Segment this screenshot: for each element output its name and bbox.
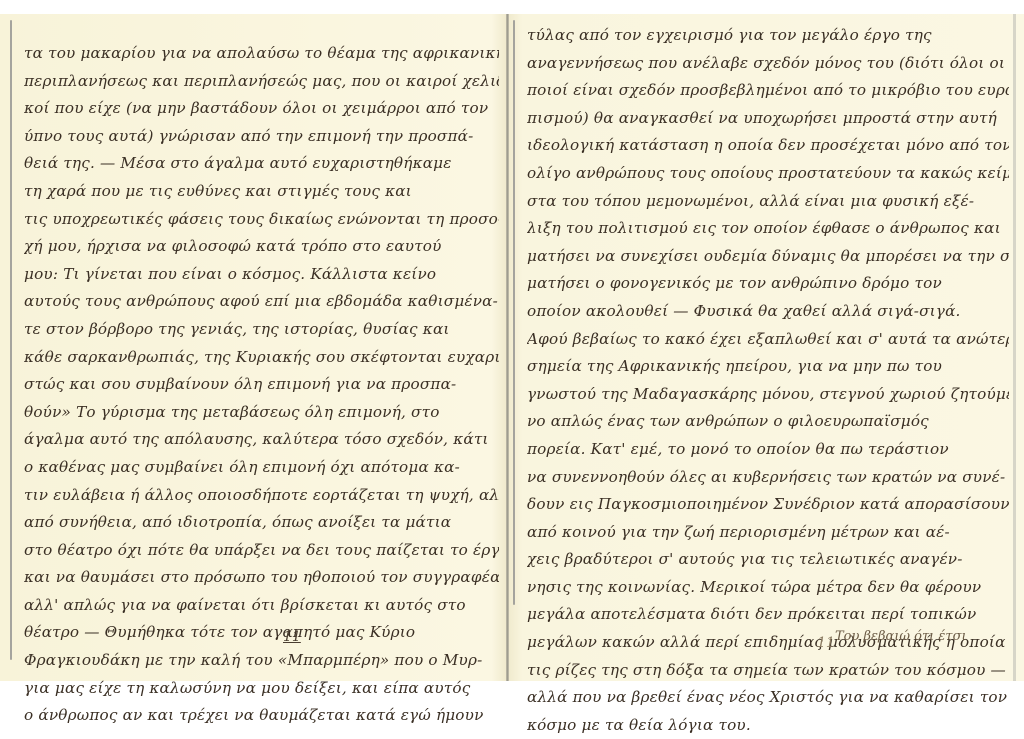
manuscript-line: αυτούς τους ανθρώπους αφού επί μια εβδομ… bbox=[24, 288, 499, 316]
manuscript-line: μεγάλα αποτελέσματα διότι δεν πρόκειται … bbox=[527, 601, 1009, 629]
manuscript-line: χή μου, ήρχισα να φιλοσοφώ κατά τρόπο στ… bbox=[24, 233, 499, 261]
manuscript-line: περιπλανήσεως και περιπλανήσεώς μας, που… bbox=[24, 68, 499, 96]
manuscript-line: αλλ' απλώς για να φαίνεται ότι βρίσκεται… bbox=[24, 592, 499, 620]
manuscript-line: να συνεννοηθούν όλες αι κυβερνήσεις των … bbox=[527, 464, 1009, 492]
manuscript-line: στώς και σου συμβαίνουν όλη επιμονή για … bbox=[24, 371, 499, 399]
right-page-text: τύλας από τον εγχειρισμό για τον μεγάλο … bbox=[527, 22, 1009, 691]
manuscript-line: αλλά που να βρεθεί ένας νέος Χριστός για… bbox=[527, 684, 1009, 691]
manuscript-line: και να θαυμάσει στο πρόσωπο του ηθοποιού… bbox=[24, 564, 499, 592]
manuscript-line: μου: Τι γίνεται που είναι ο κόσμος. Κάλλ… bbox=[24, 261, 499, 289]
manuscript-line: ματήσει να συνεχίσει ουδεμία δύναμις θα … bbox=[527, 243, 1009, 271]
manuscript-line: κοί που είχε (να μην βαστάδουν όλοι οι χ… bbox=[24, 95, 499, 123]
manuscript-line: τις υποχρεωτικές φάσεις τους δικαίως ενώ… bbox=[24, 206, 499, 234]
manuscript-line: ο καθένας μας συμβαίνει όλη επιμονή όχι … bbox=[24, 454, 499, 482]
manuscript-line: στο θέατρο όχι πότε θα υπάρξει να δει το… bbox=[24, 537, 499, 565]
manuscript-line: τις ρίζες της στη δόξα τα σημεία των κρα… bbox=[527, 657, 1009, 685]
page-number-mark: 11 bbox=[817, 635, 835, 651]
left-page-text: τα του μακαρίου για να απολαύσω το θέαμα… bbox=[24, 40, 499, 691]
manuscript-line: αναγεννήσεως που ανέλαβε σχεδόν μόνος το… bbox=[527, 50, 1009, 78]
manuscript-line: ματήσει ο φονογενικός με τον ανθρώπινο δ… bbox=[527, 270, 1009, 298]
right-page: τύλας από τον εγχειρισμό για τον μεγάλο … bbox=[505, 14, 1015, 681]
manuscript-line: ιδεολογική κατάσταση η οποία δεν προσέχε… bbox=[527, 132, 1009, 160]
manuscript-line: λιξη του πολιτισμού εις τον οποίον έφθασ… bbox=[527, 215, 1009, 243]
manuscript-line: ολίγο ανθρώπους τους οποίους προστατεύου… bbox=[527, 160, 1009, 188]
manuscript-line: νο απλώς ένας των ανθρώπων ο φιλοευρωπαϊ… bbox=[527, 408, 1009, 436]
page-number-mark: 11 bbox=[283, 629, 301, 645]
manuscript-line: γνωστού της Μαδαγασκάρης μόνου, στεγνού … bbox=[527, 381, 1009, 409]
manuscript-line: από συνήθεια, από ιδιοτροπία, όπως ανοίξ… bbox=[24, 509, 499, 537]
manuscript-line: κάθε σαρκανθρωπιάς, της Κυριακής σου σκέ… bbox=[24, 344, 499, 372]
pencil-margin-line bbox=[513, 20, 515, 605]
manuscript-line: νησις της κοινωνίας. Μερικοί τώρα μέτρα … bbox=[527, 574, 1009, 602]
manuscript-line: Αφού βεβαίως το κακό έχει εξαπλωθεί και … bbox=[527, 326, 1009, 354]
manuscript-line: Φραγκιουδάκη με την καλή του «Μπαρμπέρη»… bbox=[24, 647, 499, 675]
manuscript-sheet: τα του μακαρίου για να απολαύσω το θέαμα… bbox=[0, 14, 1024, 681]
manuscript-line: τα του μακαρίου για να απολαύσω το θέαμα… bbox=[24, 40, 499, 68]
manuscript-line: άγαλμα αυτό της απόλαυσης, καλύτερα τόσο… bbox=[24, 426, 499, 454]
manuscript-line: οποίον ακολουθεί — Φυσικά θα χαθεί αλλά … bbox=[527, 298, 1009, 326]
pencil-margin-line bbox=[10, 20, 12, 660]
side-annotation: Του βεβαιώ ότι έτσι bbox=[835, 629, 967, 644]
manuscript-line: πορεία. Κατ' εμέ, το μονό το οποίον θα π… bbox=[527, 436, 1009, 464]
manuscript-line: τύλας από τον εγχειρισμό για τον μεγάλο … bbox=[527, 22, 1009, 50]
manuscript-line: τε στον βόρβορο της γενιάς, της ιστορίας… bbox=[24, 316, 499, 344]
manuscript-line: χεις βραδύτεροι σ' αυτούς για τις τελειω… bbox=[527, 546, 1009, 574]
manuscript-line: θούν» Το γύρισμα της μεταβάσεως όλη επιμ… bbox=[24, 399, 499, 427]
manuscript-line: δουν εις Παγκοσμιοποιημένον Συνέδριον κα… bbox=[527, 491, 1009, 519]
manuscript-line: ποιοί είναι σχεδόν προσβεβλημένοι από το… bbox=[527, 77, 1009, 105]
manuscript-line: σημεία της Αφρικανικής ηπείρου, για να μ… bbox=[527, 353, 1009, 381]
manuscript-line: θέατρο — Θυμήθηκα τότε τον αγαπητό μας Κ… bbox=[24, 619, 499, 647]
manuscript-line: τιν ευλάβεια ή άλλος οποιοσδήποτε εορτάζ… bbox=[24, 482, 499, 510]
left-page: τα του μακαρίου για να απολαύσω το θέαμα… bbox=[0, 14, 505, 681]
manuscript-line: στα του τόπου μεμονωμένοι, αλλά είναι μι… bbox=[527, 188, 1009, 216]
manuscript-line: ύπνο τους αυτά) γνώρισαν από την επιμονή… bbox=[24, 123, 499, 151]
manuscript-line: από κοινού για την ζωή περιορισμένη μέτρ… bbox=[527, 519, 1009, 547]
manuscript-line: θειά της. — Μέσα στο άγαλμα αυτό ευχαρισ… bbox=[24, 150, 499, 178]
manuscript-line: για μας είχε τη καλωσύνη να μου δείξει, … bbox=[24, 675, 499, 691]
manuscript-line: τη χαρά που με τις ευθύνες και στιγμές τ… bbox=[24, 178, 499, 206]
manuscript-line: πισμού) θα αναγκασθεί να υποχωρήσει μπρο… bbox=[527, 105, 1009, 133]
paper-edge bbox=[1013, 14, 1016, 681]
